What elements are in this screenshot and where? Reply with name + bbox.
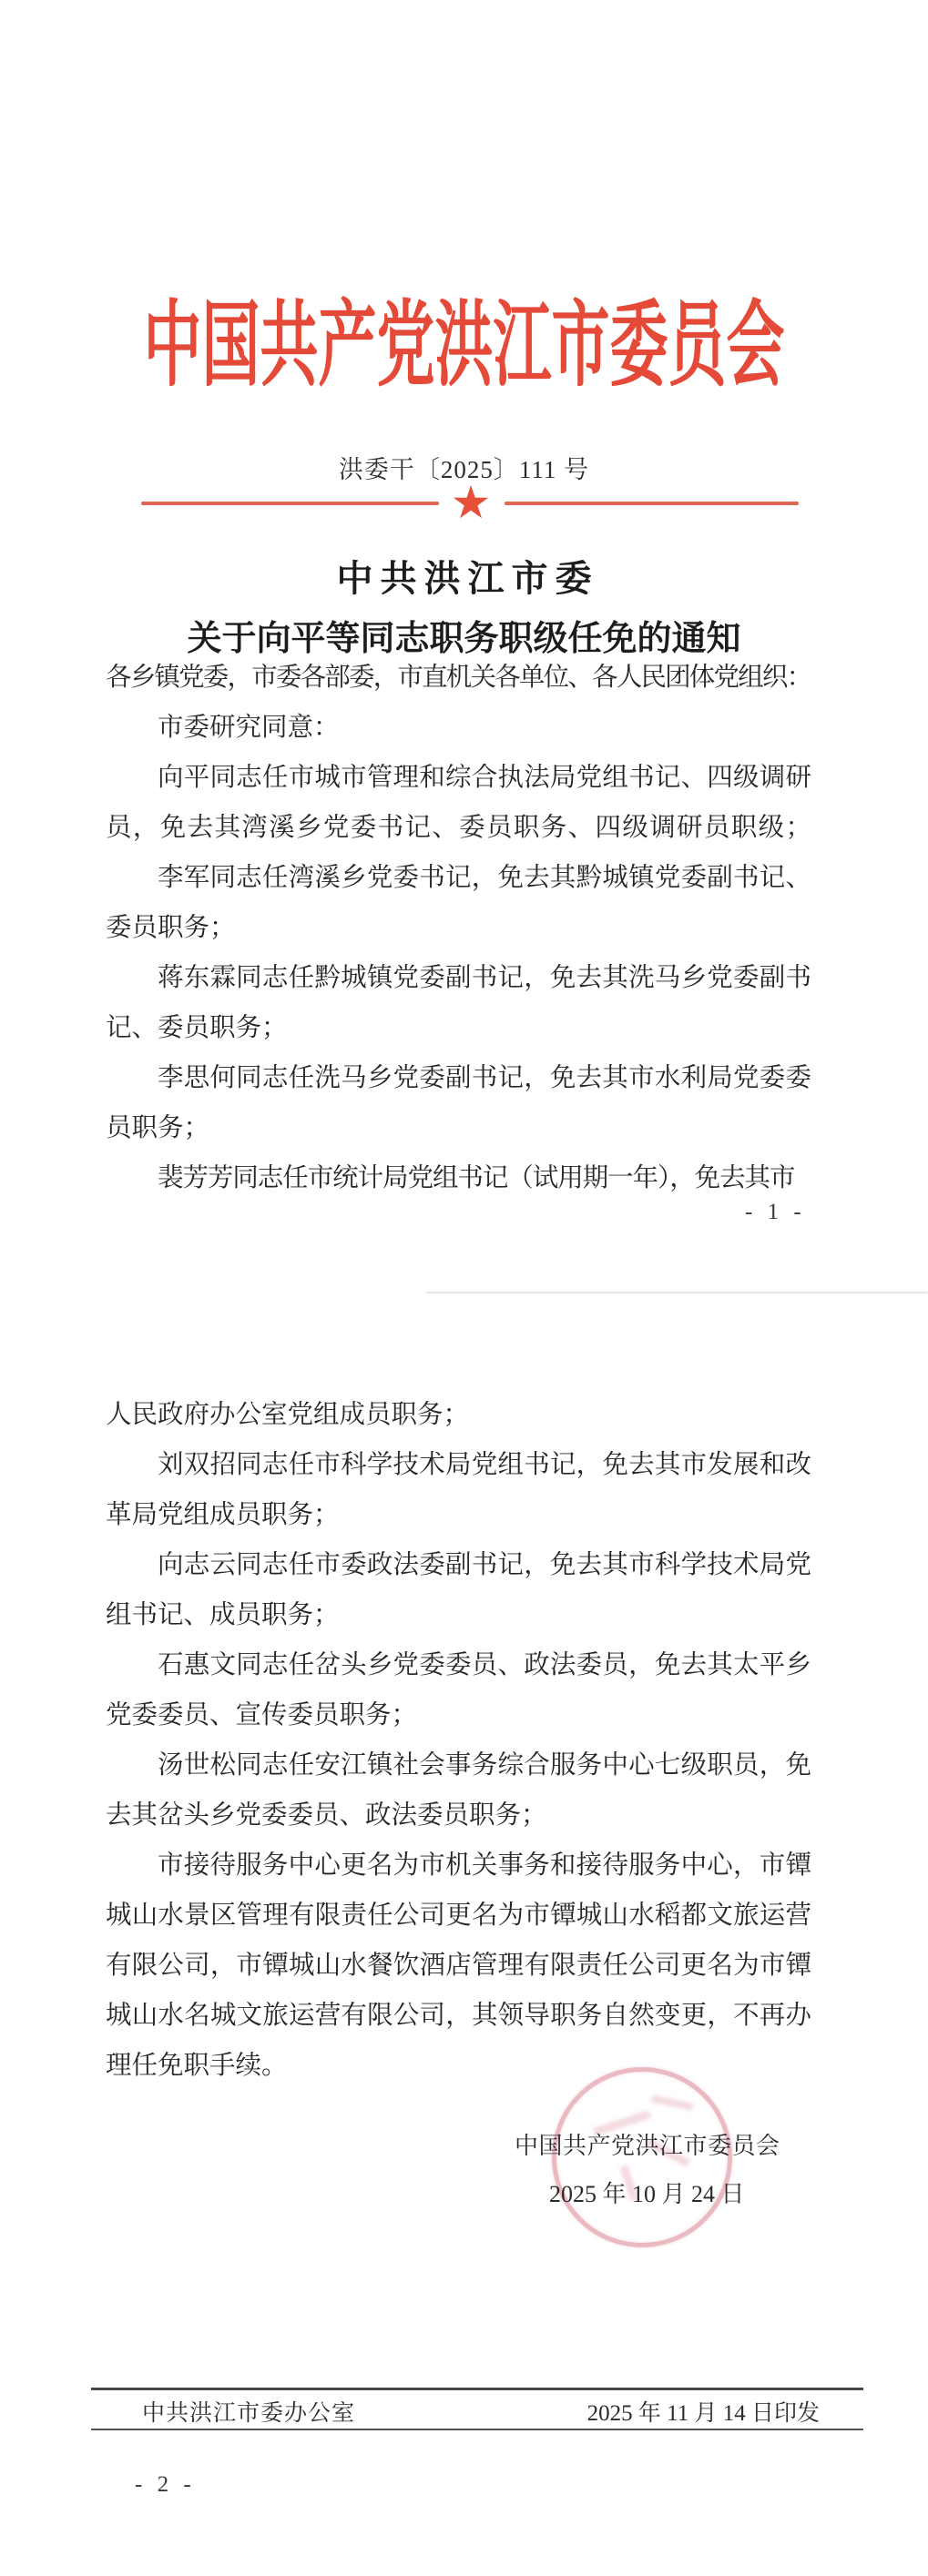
body-line: 记、委员职务； xyxy=(106,1003,811,1053)
body-line: 党委委员、宣传委员职务； xyxy=(106,1690,811,1740)
body-line: 组书记、成员职务； xyxy=(106,1590,811,1640)
body-line: 向平同志任市城市管理和综合执法局党组书记、四级调研 xyxy=(106,753,811,803)
body-line: 人民政府办公室党组成员职务； xyxy=(106,1390,811,1440)
signature-org: 中国共产党洪江市委员会 xyxy=(515,2127,780,2161)
page-number-2: - 2 - xyxy=(135,2472,196,2498)
body-line: 刘双招同志任市科学技术局党组书记，免去其市发展和改 xyxy=(106,1440,811,1490)
document-title-line1: 中共洪江市委 xyxy=(0,550,928,602)
body-line: 委员职务； xyxy=(106,903,811,953)
body-line: 市接待服务中心更名为市机关事务和接待服务中心，市镡 xyxy=(106,1841,811,1891)
body-line: 向志云同志任市委政法委副书记，免去其市科学技术局党 xyxy=(106,1540,811,1590)
body-line: 裴芳芳同志任市统计局党组书记（试用期一年），免去其市 xyxy=(106,1153,811,1203)
page1-body: 各乡镇党委，市委各部委，市直机关各单位、各人民团体党组织： 市委研究同意： 向平… xyxy=(106,653,811,1203)
signature-date: 2025 年 10 月 24 日 xyxy=(549,2175,745,2209)
star-icon: ★ xyxy=(441,480,501,525)
footer-rule-bottom xyxy=(91,2429,863,2430)
body-line: 有限公司，市镡城山水餐饮酒店管理有限责任公司更名为市镡 xyxy=(106,1941,811,1991)
body-line: 汤世松同志任安江镇社会事务综合服务中心七级职员，免 xyxy=(106,1740,811,1790)
body-line: 员职务； xyxy=(106,1103,811,1153)
footer-rule-top xyxy=(91,2388,863,2390)
footer-print-date: 2025 年 11 月 14 日印发 xyxy=(455,2395,820,2428)
document-header-org: 中国共产党洪江市委员会 xyxy=(0,270,928,404)
body-line: 李思何同志任洗马乡党委副书记，免去其市水利局党委委 xyxy=(106,1053,811,1103)
body-line: 城山水名城文旅运营有限公司，其领导职务自然变更，不再办 xyxy=(106,1991,811,2041)
red-divider-line-left xyxy=(141,502,439,505)
body-line: 蒋东霖同志任黔城镇党委副书记，免去其洗马乡党委副书 xyxy=(106,953,811,1003)
body-line: 各乡镇党委，市委各部委，市直机关各单位、各人民团体党组织： xyxy=(106,653,811,703)
body-line: 城山水景区管理有限责任公司更名为市镡城山水稻都文旅运营 xyxy=(106,1891,811,1941)
body-line: 李军同志任湾溪乡党委书记，免去其黔城镇党委副书记、 xyxy=(106,853,811,903)
red-divider-line-right xyxy=(505,502,799,505)
body-line: 去其岔头乡党委委员、政法委员职务； xyxy=(106,1790,811,1841)
body-line: 员，免去其湾溪乡党委书记、委员职务、四级调研员职级； xyxy=(106,803,811,853)
body-line: 革局党组成员职务； xyxy=(106,1490,811,1540)
body-line: 理任免职手续。 xyxy=(106,2041,811,2091)
seal-texture xyxy=(651,2094,694,2110)
body-line: 市委研究同意： xyxy=(106,703,811,753)
page-scan-separator xyxy=(426,1292,928,1293)
page2-body: 人民政府办公室党组成员职务； 刘双招同志任市科学技术局党组书记，免去其市发展和改… xyxy=(106,1390,811,2091)
footer-issuing-office: 中共洪江市委办公室 xyxy=(142,2395,355,2428)
page-number-1: - 1 - xyxy=(745,1200,806,1225)
body-line: 石惠文同志任岔头乡党委委员、政法委员，免去其太平乡 xyxy=(106,1640,811,1690)
scanned-document: 中国共产党洪江市委员会 洪委干〔2025〕111 号 ★ 中共洪江市委 关于向平… xyxy=(0,0,928,2576)
